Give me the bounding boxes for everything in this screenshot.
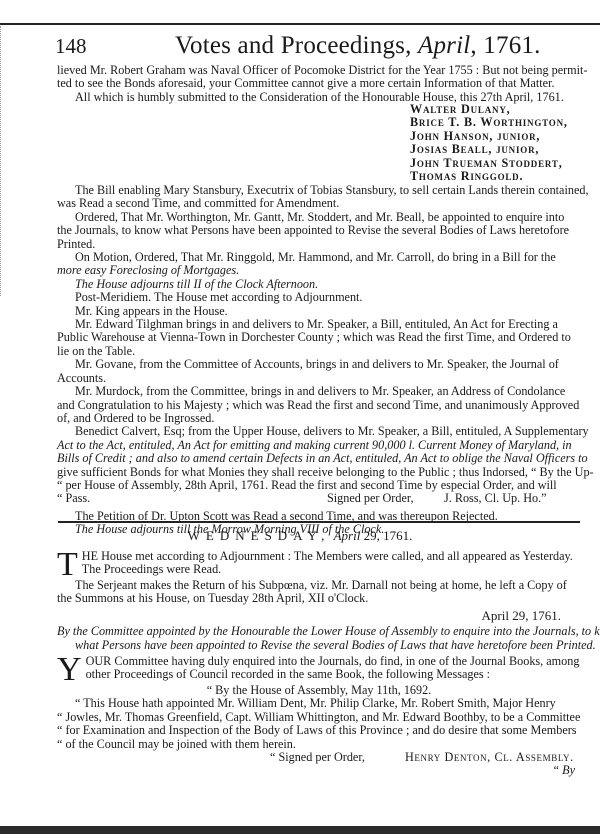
day-name: WEDNESDAY, [188, 528, 331, 543]
message-heading: “ By the House of Assembly, May 11th, 16… [57, 684, 581, 697]
text-line: was Read a second Time, and committed fo… [57, 197, 581, 210]
signed-per-order: “ Signed per Order, [270, 751, 365, 764]
section-divider [58, 521, 580, 523]
committee-report-end: lieved Mr. Robert Graham was Naval Offic… [57, 64, 581, 104]
text-line: On Motion, Ordered, That Mr. Ringgold, M… [57, 251, 581, 264]
title-month: April [418, 32, 470, 59]
drop-cap: T [57, 551, 78, 579]
document-page: 148 Votes and Proceedings, April, 1761. … [0, 0, 600, 834]
text-line: give sufficient Bonds for what Monies th… [57, 466, 581, 479]
text-line: OUR Committee having duly enquired into … [57, 655, 581, 668]
text-line: Public Warehouse at Vienna-Town in Dorch… [57, 331, 581, 344]
proceedings-body: The Bill enabling Mary Stansbury, Execut… [57, 184, 581, 537]
text-line: lie on the Table. [57, 345, 581, 358]
text-line: Benedict Calvert, Esq; from the Upper Ho… [57, 425, 581, 438]
text-line: the Journals, to know what Persons have … [57, 224, 581, 237]
text-line: Mr. Govane, from the Committee of Accoun… [57, 358, 581, 371]
text-line: Bills of Credit ; and also to amend cert… [57, 452, 581, 465]
text-line: Post-Meridiem. The House met according t… [57, 291, 581, 304]
bottom-scan-edge [0, 826, 600, 834]
text-line: Mr. Murdock, from the Committee, brings … [57, 385, 581, 398]
assembly-clerk: Henry Denton, Cl. Assembly. [405, 751, 574, 764]
signer: Brice T. B. Worthington, [410, 116, 568, 129]
report-paragraph: Y OUR Committee having duly enquired int… [57, 655, 581, 682]
signed-per-order: Signed per Order, [327, 492, 414, 505]
page-number: 148 [55, 34, 87, 59]
running-header: 148 Votes and Proceedings, April, 1761. [0, 34, 600, 60]
title-suffix: , 1761. [470, 32, 540, 59]
text-line: the Summons at his House, on Tuesday 28t… [57, 592, 581, 605]
day-date: 29, 1761. [360, 528, 412, 543]
text-line: more easy Foreclosing of Mortgages. [57, 264, 581, 277]
text-line: The House adjourns till II of the Clock … [57, 278, 581, 291]
text-line: ted to see the Bonds aforesaid, your Com… [57, 77, 581, 90]
page-title: Votes and Proceedings, April, 1761. [175, 32, 541, 60]
text-line: “ This House hath appointed Mr. William … [57, 697, 581, 710]
committee-heading: By the Committee appointed by the Honour… [57, 625, 581, 638]
text-line: Printed. [57, 238, 581, 251]
text-line-with-signature: “ Pass. Signed per Order, J. Ross, Cl. U… [57, 492, 581, 505]
title-prefix: Votes and Proceedings, [175, 32, 418, 59]
drop-cap: Y [57, 656, 82, 684]
catchword: “ By [57, 764, 581, 777]
text-line: Mr. King appears in the House. [57, 305, 581, 318]
text-line: Ordered, That Mr. Worthington, Mr. Gantt… [57, 211, 581, 224]
report-date: April 29, 1761. [57, 609, 581, 622]
day-month: April [334, 528, 361, 543]
signer: John Hanson, junior, [410, 130, 568, 143]
signers-list: Walter Dulany, Brice T. B. Worthington, … [410, 103, 568, 183]
signer: Josias Beall, junior, [410, 143, 568, 156]
text-line: Mr. Edward Tilghman brings in and delive… [57, 318, 581, 331]
text-line: The Bill enabling Mary Stansbury, Execut… [57, 184, 581, 197]
text-line: “ Jowles, Mr. Thomas Greenfield, Capt. W… [57, 711, 581, 724]
text-line: of, and Ordered to be Ingrossed. [57, 412, 581, 425]
text-line: “ Pass. [57, 491, 90, 505]
text-line: HE House met according to Adjournment : … [57, 550, 581, 563]
signer: Walter Dulany, [410, 103, 568, 116]
day-heading: WEDNESDAY, April 29, 1761. [0, 528, 600, 544]
text-line: “ for Examination and Inspection of the … [57, 724, 581, 737]
text-line: and Congratulation to his Majesty ; whic… [57, 399, 581, 412]
top-rule [0, 23, 600, 25]
text-line: “ of the Council may be joined with them… [57, 738, 581, 751]
text-line: lieved Mr. Robert Graham was Naval Offic… [57, 64, 581, 77]
committee-heading: what Persons have been appointed to Revi… [57, 639, 581, 652]
upper-house-clerk: J. Ross, Cl. Up. Ho.” [444, 492, 547, 505]
text-line: Act to the Act, entituled, An Act for em… [57, 439, 581, 452]
text-line: Accounts. [57, 372, 581, 385]
wednesday-body: T HE House met according to Adjournment … [57, 550, 581, 778]
text-line: other Proceedings of Council recorded in… [57, 668, 581, 681]
signer: Thomas Ringgold. [410, 170, 568, 183]
text-line: “ per House of Assembly, 28th April, 176… [57, 479, 581, 492]
scan-edge [0, 26, 3, 296]
signer: John Trueman Stoddert, [410, 157, 568, 170]
opening-paragraph: T HE House met according to Adjournment … [57, 550, 581, 577]
message-signature: “ Signed per Order, Henry Denton, Cl. As… [57, 751, 581, 764]
text-line: The Serjeant makes the Return of his Sub… [57, 579, 581, 592]
text-line: The Proceedings were Read. [57, 563, 581, 576]
